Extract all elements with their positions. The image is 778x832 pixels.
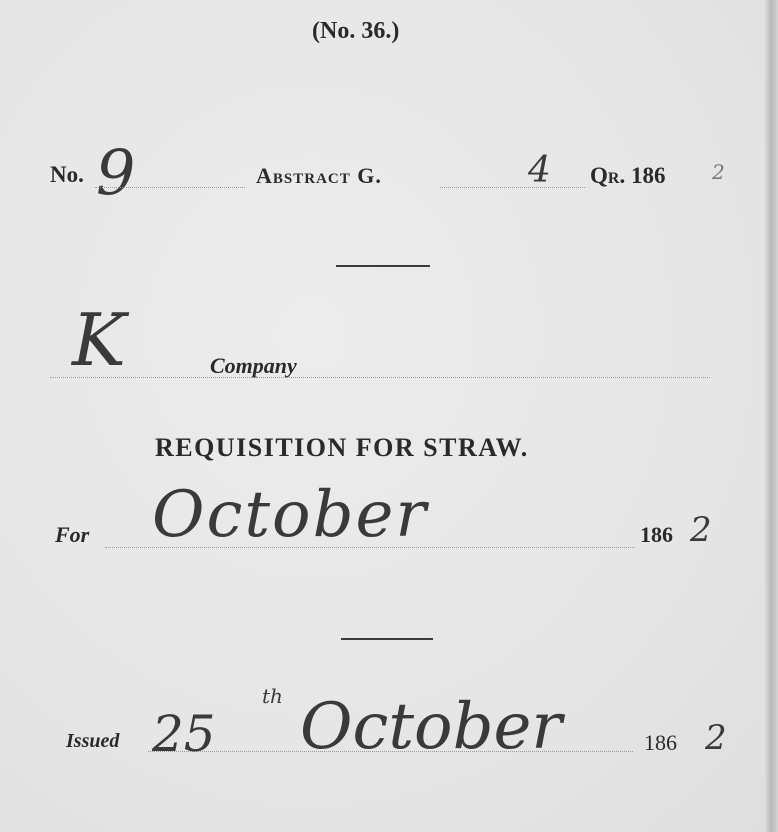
company-label: Company	[210, 353, 297, 379]
quarter-year-suffix: 2	[712, 160, 725, 184]
quarter-label: Qr. 186	[590, 163, 665, 189]
for-month-value: October	[152, 478, 428, 552]
no-dotted-line	[95, 187, 245, 188]
divider-rule-2	[341, 638, 433, 640]
quarter-value: 4	[528, 150, 551, 191]
company-dotted-line	[50, 377, 710, 378]
divider-rule-1	[336, 265, 430, 267]
for-year-prefix: 186	[640, 522, 673, 548]
abstract-label: Abstract G.	[256, 163, 382, 189]
issued-year-prefix: 186	[644, 730, 677, 756]
form-number: (No. 36.)	[312, 18, 399, 45]
page-edge	[764, 0, 778, 832]
company-value: K	[72, 298, 126, 382]
quarter-dotted-line	[440, 187, 585, 188]
document-page: (No. 36.) No. 9 Abstract G. 4 Qr. 186 2 …	[0, 0, 778, 832]
issued-day-suffix: th	[262, 684, 283, 708]
issued-year-suffix: 2	[705, 718, 727, 758]
no-label: No.	[50, 162, 84, 188]
for-label: For	[55, 522, 89, 548]
no-value: 9	[96, 136, 135, 209]
issued-day: 25	[152, 705, 216, 763]
issued-month: October	[300, 690, 562, 764]
issued-label: Issued	[66, 730, 119, 753]
for-year-suffix: 2	[690, 510, 712, 550]
document-title: REQUISITION FOR STRAW.	[155, 433, 529, 463]
